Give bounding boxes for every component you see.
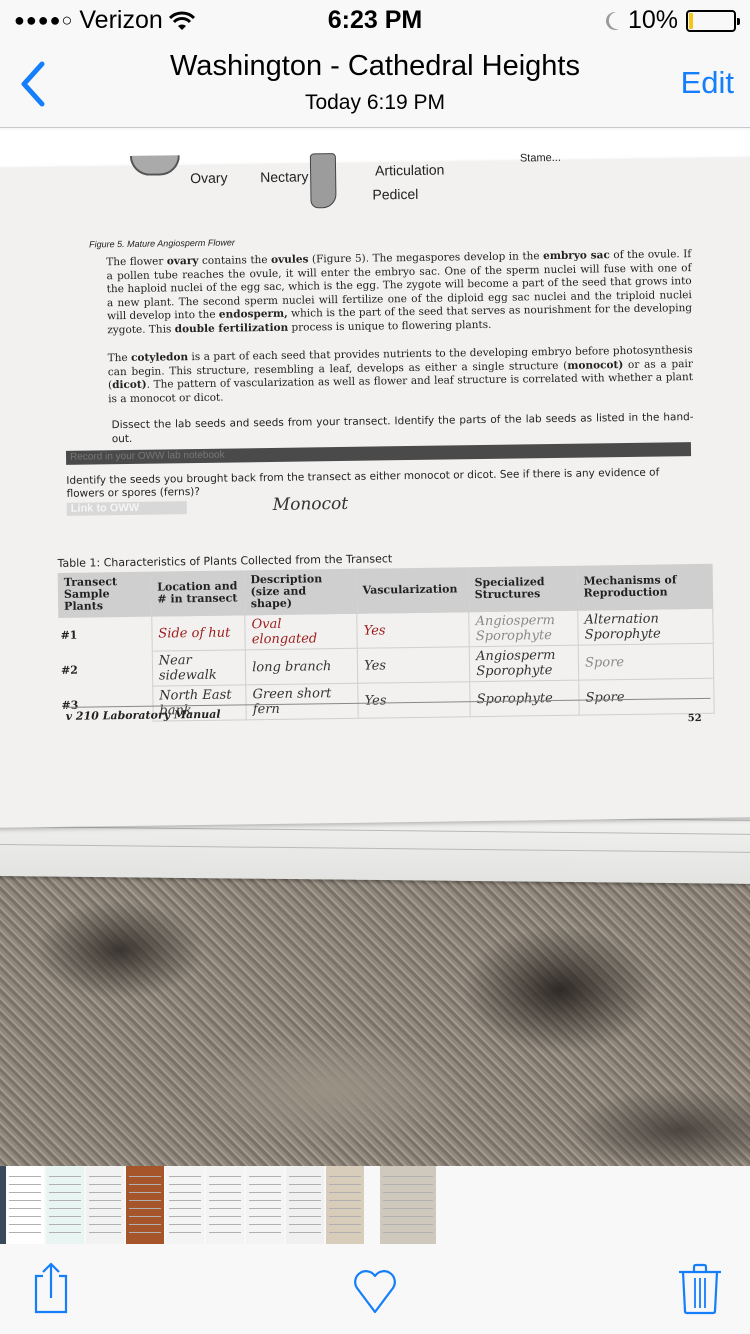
sample-number: #2: [59, 651, 153, 687]
instruction-dissect: Dissect the lab seeds and seeds from you…: [112, 411, 694, 446]
question-identify-seeds: Identify the seeds you brought back from…: [66, 466, 691, 501]
status-bar: ●●●●○ Verizon 6:23 PM 10%: [0, 0, 750, 40]
thumbnail[interactable]: [6, 1166, 44, 1244]
thumbnail[interactable]: [86, 1166, 124, 1244]
table-header-cell: Vascularization: [356, 567, 469, 613]
share-icon[interactable]: [20, 1258, 80, 1318]
table-cell: Side of hut: [152, 615, 246, 651]
handwritten-answer: Monocot: [273, 494, 349, 515]
table-cell: Yes: [358, 682, 470, 719]
thumbnail[interactable]: [46, 1166, 84, 1244]
footer-manual-title: v 210 Laboratory Manual: [66, 708, 221, 723]
sample-number: #1: [58, 616, 152, 652]
trash-icon[interactable]: [670, 1258, 730, 1318]
table-header-cell: Location and # in transect: [151, 570, 245, 616]
navigation-bar: Washington - Cathedral Heights Today 6:1…: [0, 40, 750, 128]
table-cell: Angiosperm Sporophyte: [469, 645, 578, 682]
battery-icon: [686, 10, 736, 32]
table-cell: Alternation Sporophyte: [578, 608, 713, 645]
battery-percent: 10%: [628, 6, 678, 35]
table-cell: Green short fern: [246, 683, 358, 720]
thumbnail[interactable]: [166, 1166, 204, 1244]
table-cell: Near sidewalk: [152, 650, 246, 686]
edit-button[interactable]: Edit: [681, 65, 734, 101]
ovary-drawing: [130, 155, 180, 176]
thumbnail-strip[interactable]: [0, 1166, 750, 1244]
bottom-toolbar: [0, 1244, 750, 1334]
thumbnail-selected[interactable]: [380, 1166, 436, 1244]
battery-level: [689, 13, 693, 29]
paragraph-cotyledon: The cotyledon is a part of each seed tha…: [108, 344, 694, 407]
heart-icon[interactable]: [345, 1258, 405, 1318]
table-cell: Spore: [579, 678, 714, 715]
table-header-cell: Transect Sample Plants: [58, 572, 152, 618]
photo-viewer[interactable]: Ovary Nectary Articulation Pedicel Stame…: [0, 130, 750, 1166]
table-cell: Oval elongated: [245, 613, 357, 650]
table-cell: long branch: [245, 648, 357, 685]
figure-label-articulation: Articulation: [375, 162, 444, 179]
figure-label-pedicel: Pedicel: [372, 186, 418, 203]
table-cell: Yes: [357, 612, 469, 649]
table-cell: Sporophyte: [470, 680, 579, 717]
paragraph-ovary: The flower ovary contains the ovules (Fi…: [106, 248, 692, 338]
flower-figure: Ovary Nectary Articulation Pedicel Stame…: [0, 157, 750, 243]
figure-label-nectary: Nectary: [260, 168, 308, 185]
page-number: 52: [688, 713, 702, 724]
thumbnail[interactable]: [206, 1166, 244, 1244]
table-header-cell: Mechanisms of Reproduction: [577, 564, 712, 610]
link-label: Link to OWW: [67, 501, 187, 516]
lab-manual-page: Ovary Nectary Articulation Pedicel Stame…: [0, 157, 750, 828]
table-cell: Angiosperm Sporophyte: [469, 610, 578, 647]
thumbnail[interactable]: [126, 1166, 164, 1244]
thumbnail[interactable]: [246, 1166, 284, 1244]
photo-timestamp: Today 6:19 PM: [0, 91, 750, 115]
table-cell: Yes: [357, 647, 469, 684]
table-header-cell: Specialized Structures: [468, 566, 578, 612]
pedicel-drawing: [310, 153, 337, 208]
thumbnail[interactable]: [326, 1166, 364, 1244]
figure-label-ovary: Ovary: [190, 170, 228, 187]
figure-caption: Figure 5. Mature Angiosperm Flower: [89, 237, 235, 249]
figure-label-stamen: Stame...: [520, 152, 561, 165]
thumbnail[interactable]: [286, 1166, 324, 1244]
album-title: Washington - Cathedral Heights: [0, 50, 750, 83]
table-cell: Spore: [578, 643, 713, 680]
table-header-cell: Description (size and shape): [244, 569, 357, 615]
moon-icon: [602, 10, 620, 32]
table-caption: Table 1: Characteristics of Plants Colle…: [57, 552, 392, 570]
